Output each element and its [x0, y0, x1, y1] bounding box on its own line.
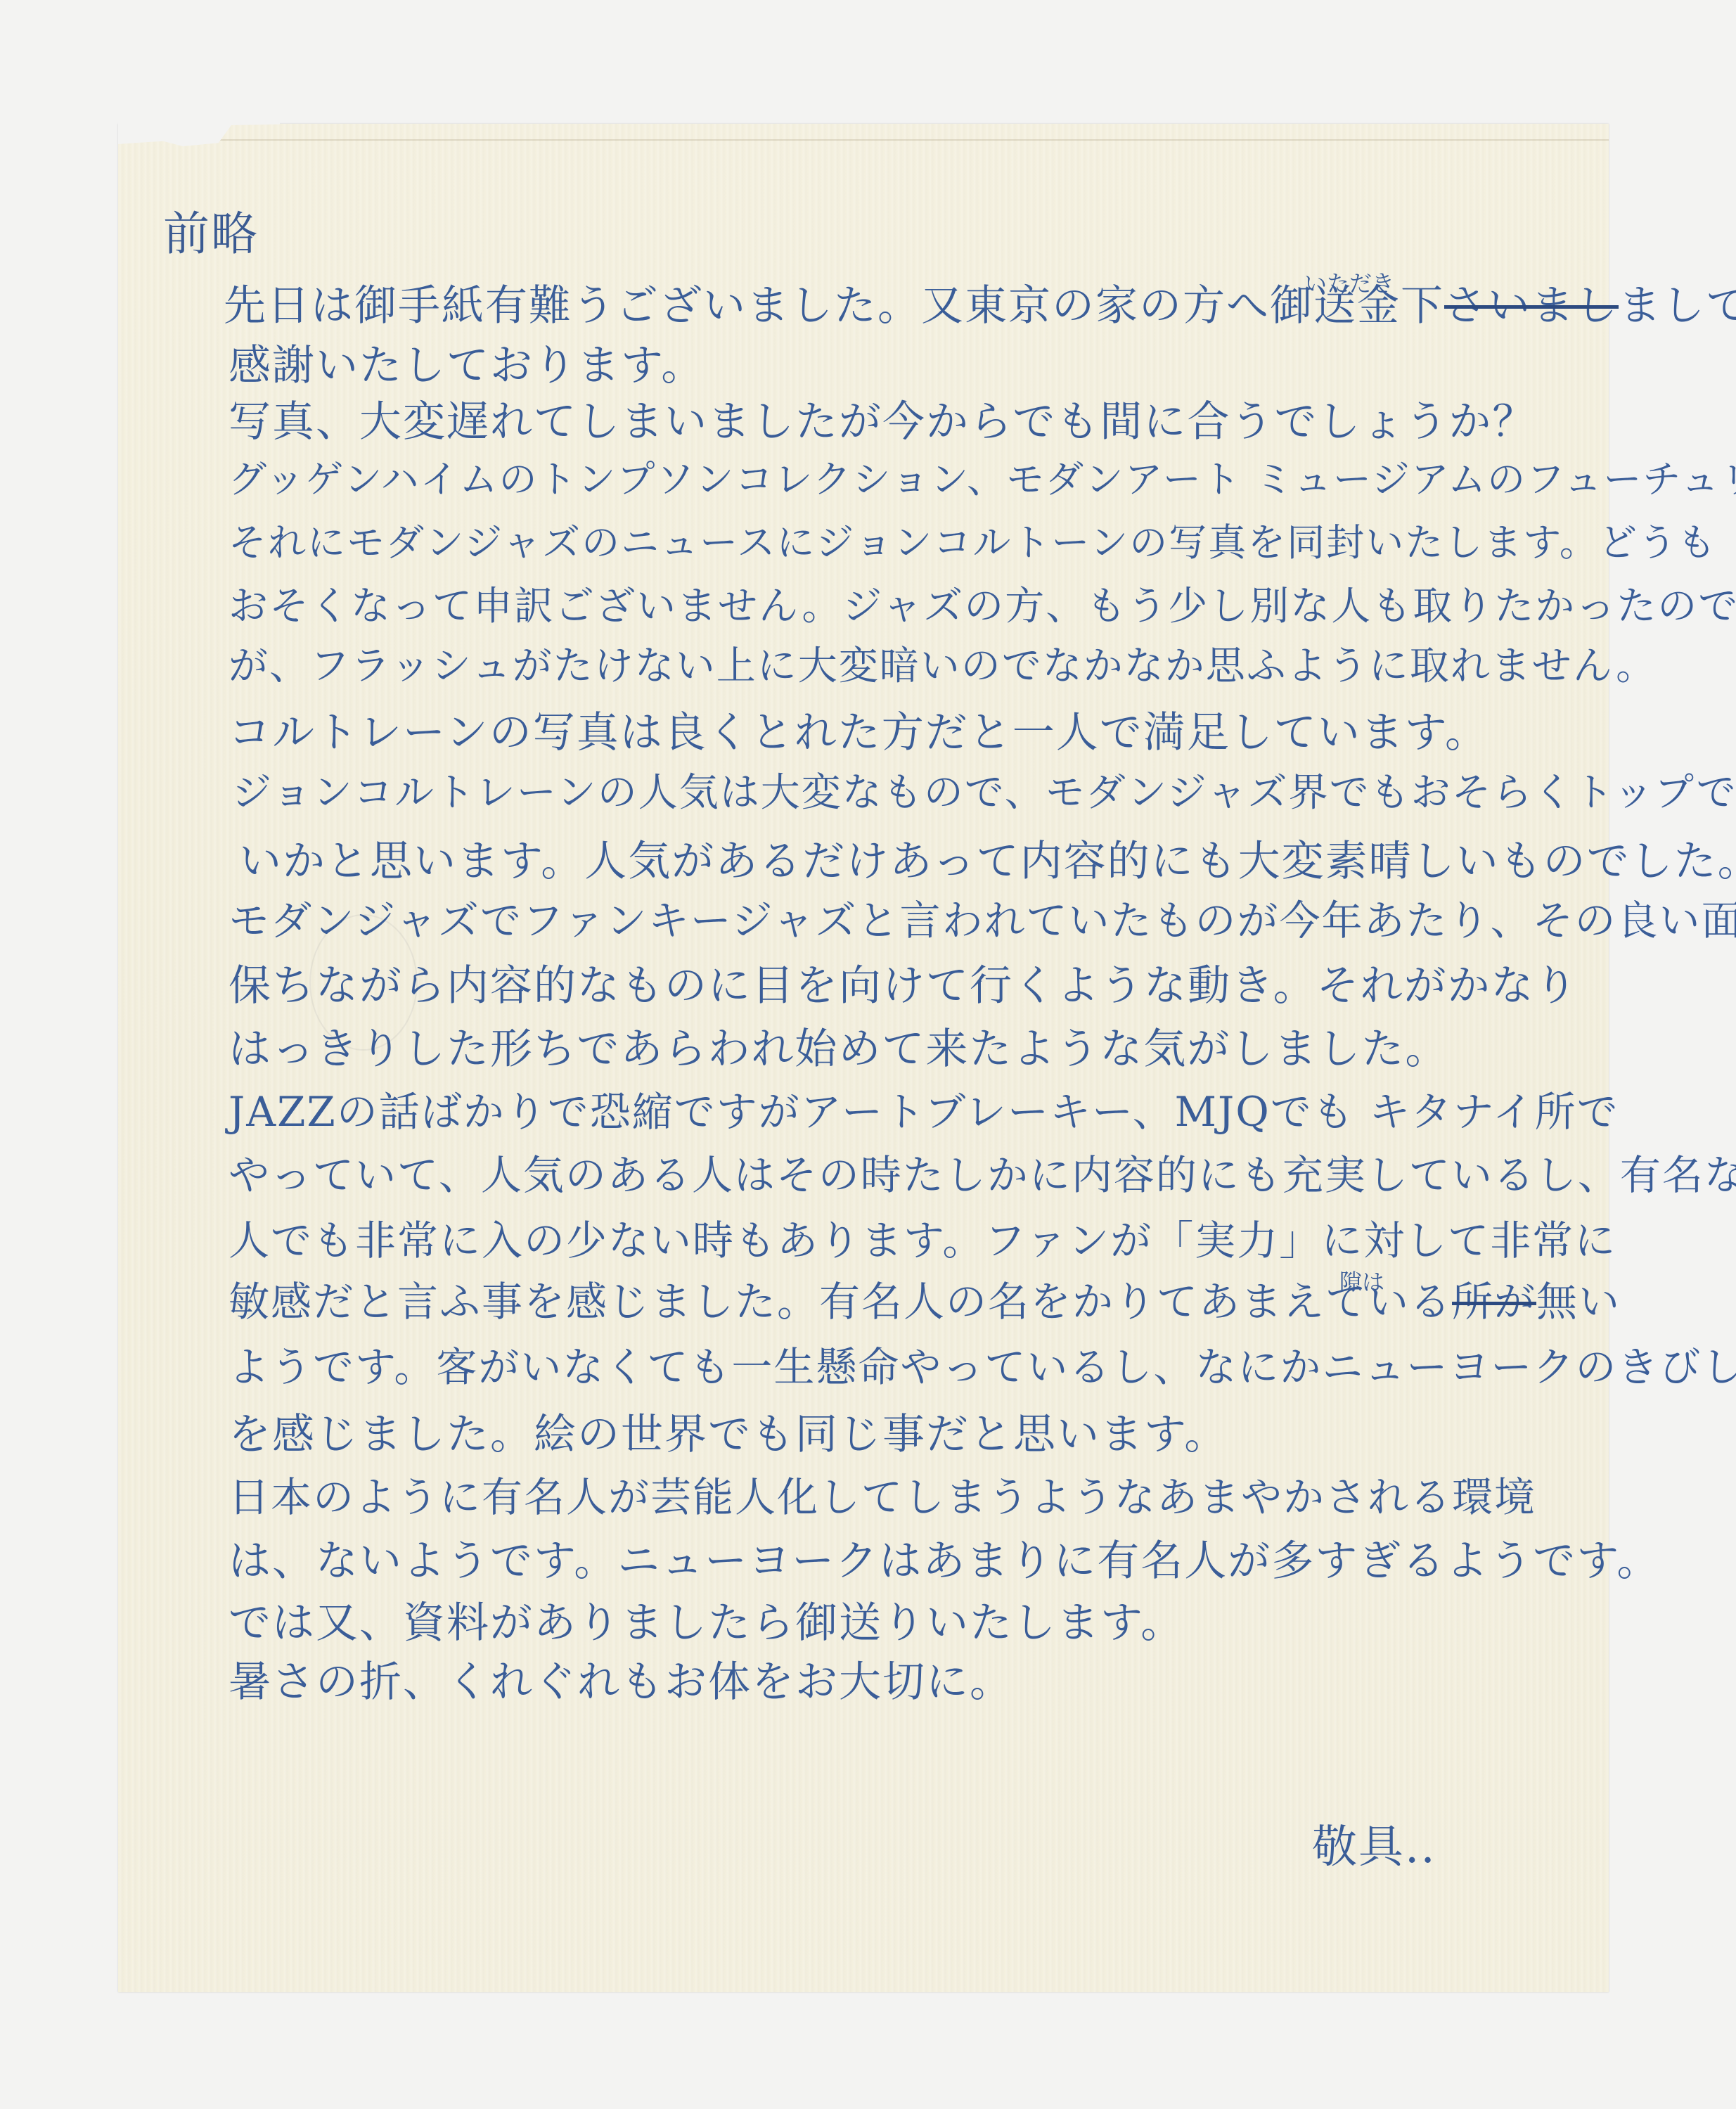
- letter-line-18: ようです。客がいなくても一生懸命やっているし、なにかニューヨークのきびしさ: [229, 1347, 1736, 1387]
- letter-line-7: が、フラッシュがたけない上に大変暗いのでなかなか思ふように取れません。: [229, 647, 1657, 686]
- letter-line-22: では又、資料がありましたら御送りいたします。: [229, 1602, 1184, 1644]
- letter-line-3: 写真、大変遅れてしまいましたが今からでも間に合うでしょうか？: [229, 401, 1536, 443]
- letter-line-12: 保ちながら内容的なものに目を向けて行くような動き。それがかなり: [229, 965, 1579, 1007]
- letter-line-17: 敏感だと言ふ事を感じました。有名人の名をかりてあまえている所が無い: [229, 1281, 1621, 1322]
- letter-line-9: ジョンコルトレーンの人気は大変なもので、モダンジャズ界でもおそらくトップではな: [232, 774, 1736, 813]
- salutation: 前略: [163, 211, 259, 257]
- letter-line-21: は、ないようです。ニューヨークはあまりに有名人が多すぎるようです。: [229, 1540, 1660, 1582]
- letter-line-10: いかと思います。人気があるだけあって内容的にも大変素晴しいものでした。: [239, 840, 1736, 883]
- letter-line-20: 日本のように有名人が芸能人化してしまうようなあまやかされる環境: [229, 1477, 1536, 1518]
- closing-signature: 敬具..: [1312, 1825, 1436, 1870]
- letter-line-19: を感じました。絵の世界でも同じ事だと思います。: [229, 1414, 1228, 1456]
- letter-line-23: 暑さの折、くれぐれもお体をお大切に。: [229, 1661, 1013, 1703]
- inserted-correction: 隙は: [1339, 1264, 1384, 1297]
- letter-line-6: おそくなって申訳ございません。ジャズの方、もう少し別な人も取りたかったのです: [229, 587, 1736, 627]
- letter-line-4: グッゲンハイムのトンプソンコレクション、モダンアート ミュージアムのフューチュリ…: [229, 461, 1736, 499]
- letter-line-16: 人でも非常に入の少ない時もあります。ファンが「実力」に対して非常に: [229, 1220, 1616, 1261]
- struck-out-text: 所が: [1452, 1278, 1536, 1326]
- letter-line-8: コルトレーンの写真は良くとれた方だと一人で満足しています。: [229, 712, 1489, 754]
- letter-line-1-text: 先日は御手紙有難うございました。又東京の家の方へ御送金下: [224, 281, 1444, 331]
- letter-line-1: 先日は御手紙有難うございました。又東京の家の方へ御送金下さいましまして: [224, 285, 1736, 327]
- letter-line-17-tail: 無い: [1536, 1278, 1621, 1326]
- letter-line-5: それにモダンジャズのニュースにジョンコルトーンの写真を同封いたします。どうも: [229, 524, 1717, 562]
- letter-line-11: モダンジャズでファンキージャズと言われていたものが今年あたり、その良い面を: [229, 900, 1736, 941]
- struck-out-text: さいまし: [1444, 281, 1619, 331]
- letter-line-15: やっていて、人気のある人はその時たしかに内容的にも充実しているし、有名な: [229, 1155, 1736, 1195]
- letter-line-17-text: 敏感だと言ふ事を感じました。有名人の名をかりてあまえている: [229, 1278, 1452, 1326]
- letter-line-13: はっきりした形ちであらわれ始めて来たような気がしました。: [229, 1028, 1448, 1070]
- letter-line-2: 感謝いたしております。: [229, 345, 705, 387]
- letter-line-14: JAZZの話ばかりで恐縮ですがアートブレーキー、MJQでも キタナイ所で: [229, 1091, 1619, 1132]
- inserted-correction: いただき: [1304, 266, 1394, 298]
- letter-line-1-tail: まして: [1619, 281, 1736, 331]
- paper-fold-line: [118, 139, 1609, 141]
